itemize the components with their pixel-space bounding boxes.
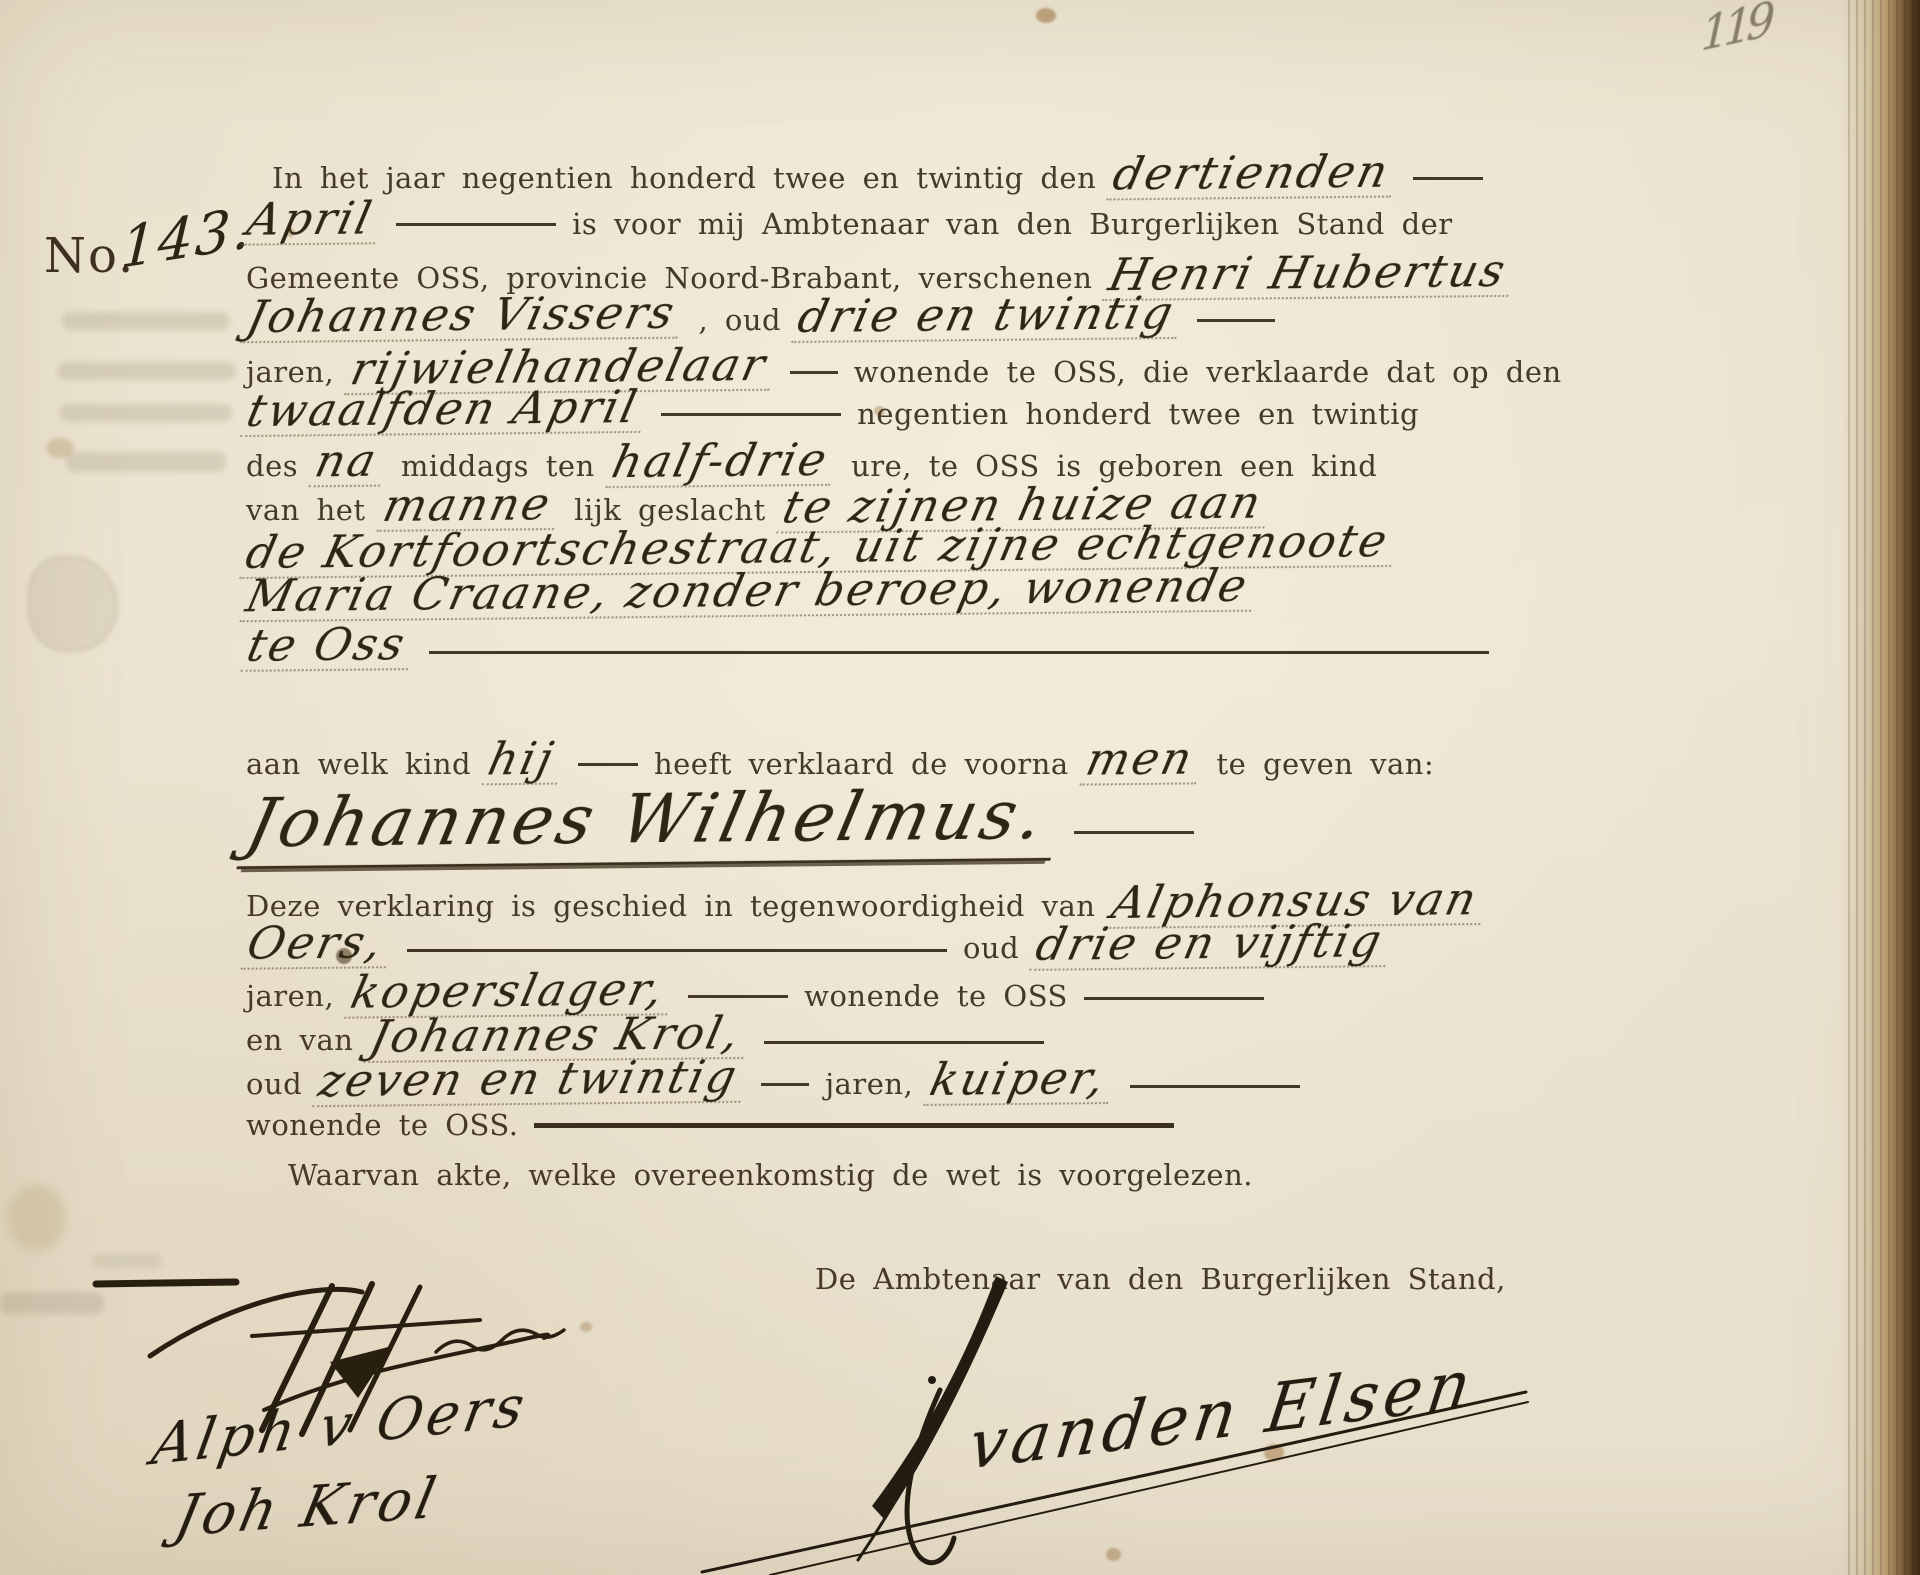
handwritten-entry: Johannes Wilhelmus. (236, 782, 1067, 869)
signature-official: vanden Elsen (965, 1350, 1479, 1480)
printed-form-text: In het jaar negentien honderd twee en tw… (272, 161, 1096, 195)
handwritten-entry: zeven en twintig (312, 1054, 751, 1107)
act-line: Waarvan akte, welke overeenkomstig de we… (288, 1158, 1253, 1192)
act-line: twaalfden Aprilnegentien honderd twee en… (246, 386, 1419, 435)
handwritten-entry: twaalfden April (240, 384, 651, 437)
handwritten-entry: Maria Craane, zonder beroep, wonende (239, 563, 1261, 623)
fill-line (396, 223, 556, 226)
act-line: Maria Craane, zonder beroep, wonende (246, 568, 1255, 617)
signature-witness-oers: Alph v Oers (148, 1378, 532, 1475)
handwritten-entry: kuiper, (924, 1055, 1120, 1106)
act-line: te Oss (246, 622, 1489, 671)
printed-form-text: Waarvan akte, welke overeenkomstig de we… (288, 1158, 1253, 1192)
printed-form-text: oud (963, 931, 1019, 965)
act-line: De Ambtenaar van den Burgerlijken Stand, (815, 1262, 1506, 1296)
bleedthrough-smudge (62, 312, 230, 330)
act-line: oudzeven en twintigjaren,kuiper, (246, 1056, 1300, 1105)
handwritten-entry: April (240, 195, 385, 245)
printed-form-text: wonende te OSS, die verklaarde dat op de… (854, 355, 1562, 389)
act-number-value: 143. (119, 195, 254, 282)
handwritten-entry: hij (482, 736, 568, 786)
printed-form-text: jaren, (246, 979, 334, 1013)
printed-form-text: jaren, (825, 1067, 913, 1101)
foxing-stain (46, 438, 74, 458)
handwritten-entry: Johannes Vissers (240, 290, 688, 344)
printed-form-text: wonende te OSS. (246, 1108, 518, 1142)
fill-line (688, 995, 788, 998)
birth-certificate-scan: 119 No. 143. In het jaar negentien honde… (0, 0, 1920, 1575)
handwritten-entry: men (1079, 735, 1206, 785)
printed-form-text: des (246, 449, 298, 483)
act-line: Oers,ouddrie en vijftig (246, 920, 1390, 969)
handwritten-entry: drie en vijftig (1029, 918, 1395, 971)
printed-form-text: , oud (698, 303, 781, 337)
printed-form-text: van het (246, 493, 366, 527)
foxing-stain (1036, 8, 1056, 23)
book-binding-edge (1842, 0, 1920, 1575)
printed-form-text: De Ambtenaar van den Burgerlijken Stand, (815, 1262, 1506, 1296)
fill-line (1074, 831, 1194, 834)
bleedthrough-smudge (58, 362, 236, 380)
pencil-folio-number: 119 (1695, 0, 1776, 63)
bleedthrough-smudge (0, 1292, 104, 1314)
bleedthrough-smudge (60, 404, 232, 422)
printed-form-text: oud (246, 1067, 302, 1101)
act-line: Aprilis voor mij Ambtenaar van den Burge… (246, 196, 1453, 245)
fill-line (790, 371, 838, 374)
fill-line (1413, 177, 1483, 180)
fill-line (578, 763, 638, 766)
act-line: In het jaar negentien honderd twee en tw… (272, 150, 1483, 199)
foxing-stain (580, 1322, 592, 1332)
handwritten-entry: drie en twintig (791, 290, 1187, 343)
fill-line (407, 949, 947, 952)
printed-form-text: negentien honderd twee en twintig (857, 397, 1419, 431)
handwritten-entry: na (309, 438, 391, 488)
fill-line (1084, 997, 1264, 1000)
signature-witness-krol: Joh Krol (170, 1470, 444, 1545)
fill-line (1130, 1085, 1300, 1088)
printed-form-text: aan welk kind (246, 747, 471, 781)
printed-form-text: en van (246, 1023, 353, 1057)
foxing-stain (8, 1185, 66, 1251)
foxing-stain (1106, 1548, 1121, 1561)
handwritten-entry: Oers, (240, 919, 396, 970)
fill-line (534, 1123, 1174, 1128)
fill-line (429, 651, 1489, 654)
bleedthrough-smudge (92, 1254, 162, 1268)
fill-line (1197, 319, 1275, 322)
fill-line (661, 413, 841, 416)
printed-form-text: te geven van: (1216, 747, 1434, 781)
act-line: wonende te OSS. (246, 1108, 1174, 1142)
pencil-ghost-scrawl (28, 556, 118, 652)
bleedthrough-smudge (66, 452, 226, 472)
act-line: Johannes Wilhelmus. (246, 786, 1194, 865)
fill-line (764, 1041, 1044, 1044)
act-line: Johannes Vissers, ouddrie en twintig (246, 292, 1275, 341)
handwritten-entry: dertienden (1107, 149, 1403, 201)
fill-line (761, 1083, 809, 1086)
printed-form-text: is voor mij Ambtenaar van den Burgerlijk… (572, 207, 1453, 241)
printed-form-text: wonende te OSS (804, 979, 1068, 1013)
handwritten-entry: te Oss (240, 621, 418, 672)
